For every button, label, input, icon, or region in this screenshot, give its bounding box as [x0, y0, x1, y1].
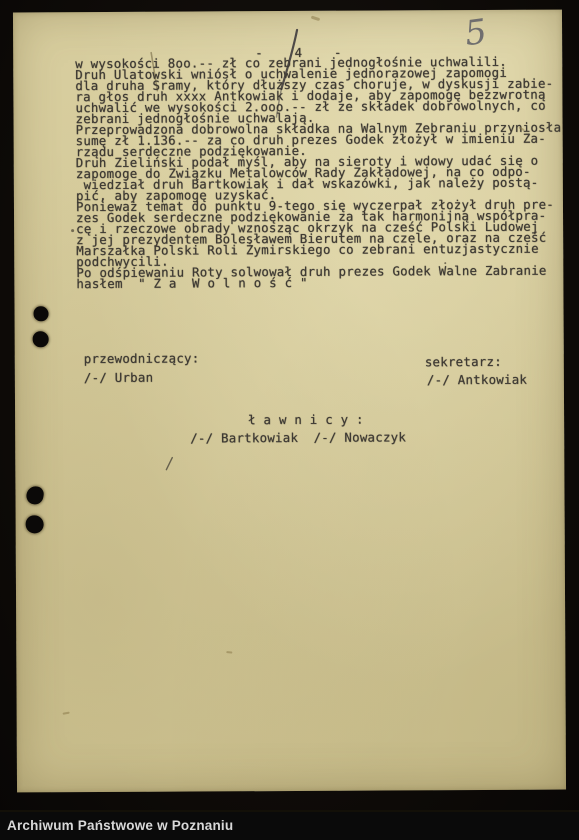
chairman-role-label: przewodniczący: [84, 352, 200, 365]
secretary-signature: /-/ Antkowiak [427, 374, 527, 387]
ink-speck [94, 259, 96, 261]
paper-fiber [311, 16, 320, 22]
paper-fiber [63, 712, 70, 715]
punch-hole [25, 485, 45, 506]
archive-caption-bar: Archiwum Państwowe w Poznaniu [0, 810, 579, 840]
ink-speck [71, 229, 74, 232]
jurors-role-label: ł a w n i c y : [248, 414, 364, 427]
jurors-signatures: /-/ Bartkowiak /-/ Nowaczyk [190, 431, 406, 444]
stray-pen-tick [166, 458, 172, 470]
scan-background: - 4 - 5 w wysokości 8oo.-- zł co zebrani… [0, 0, 579, 840]
punch-hole [26, 515, 44, 533]
secretary-role-label: sekretarz: [425, 356, 502, 368]
punch-hole [33, 331, 49, 347]
ink-speck [444, 262, 446, 264]
archive-name-label: Archiwum Państwowe w Poznaniu [0, 819, 233, 833]
paper-fiber [226, 651, 232, 653]
minutes-body-text: w wysokości 8oo.-- zł co zebrani jednogł… [75, 56, 562, 290]
handwritten-page-number: 5 [463, 15, 489, 51]
chairman-signature: /-/ Urban [84, 372, 153, 384]
punch-hole [34, 306, 49, 321]
document-page: - 4 - 5 w wysokości 8oo.-- zł co zebrani… [13, 10, 566, 793]
